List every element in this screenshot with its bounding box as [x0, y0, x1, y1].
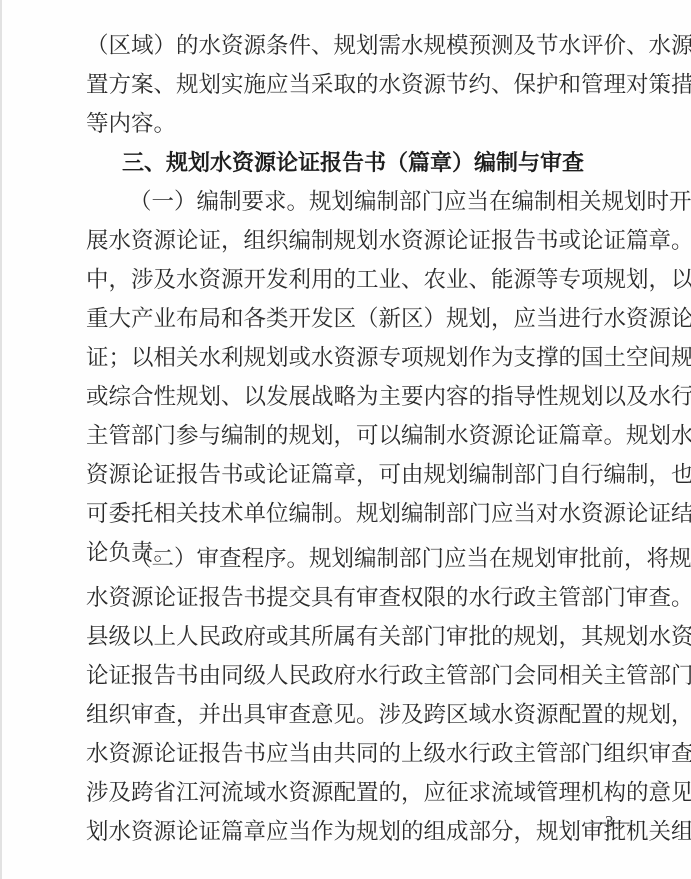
document-page: （区域）的水资源条件、规划需水规模预测及节水评价、水源配 置方案、规划实施应当采… — [0, 0, 691, 879]
paragraph-2-line: 县级以上人民政府或其所属有关部门审批的规划，其规划水资源 — [86, 618, 618, 657]
paragraph-1-line: 中，涉及水资源开发利用的工业、农业、能源等专项规划，以及 — [86, 261, 618, 300]
text-line: 置方案、规划实施应当采取的水资源节约、保护和管理对策措施 — [86, 66, 618, 105]
paragraph-2-line: 划水资源论证篇章应当作为规划的组成部分，规划审批机关组织 — [86, 813, 618, 852]
paragraph-2-line: 水资源论证报告书提交具有审查权限的水行政主管部门审查。由 — [86, 579, 618, 618]
paragraph-1-line: 可委托相关技术单位编制。规划编制部门应当对水资源论证结 — [86, 495, 618, 534]
paragraph-1-line: 展水资源论证，组织编制规划水资源论证报告书或论证篇章。其 — [86, 222, 618, 261]
section-heading: 三、规划水资源论证报告书（篇章）编制与审查 — [122, 144, 584, 183]
paragraph-1-line: 或综合性规划、以发展战略为主要内容的指导性规划以及水行政 — [86, 378, 618, 417]
text-line: （区域）的水资源条件、规划需水规模预测及节水评价、水源配 — [86, 27, 618, 66]
paragraph-2-line: 涉及跨省江河流域水资源配置的，应征求流域管理机构的意见。规 — [86, 774, 618, 813]
paragraph-1-line: 资源论证报告书或论证篇章，可由规划编制部门自行编制，也 — [86, 456, 618, 495]
paragraph-2-line: 组织审查，并出具审查意见。涉及跨区域水资源配置的规划，其 — [86, 696, 618, 735]
text-line: 等内容。 — [86, 105, 618, 144]
paragraph-1-line: 重大产业布局和各类开发区（新区）规划，应当进行水资源论 — [86, 300, 618, 339]
paragraph-1-line: 证；以相关水利规划或水资源专项规划作为支撑的国土空间规划 — [86, 339, 618, 378]
paragraph-1-line: （一）编制要求。规划编制部门应当在编制相关规划时开 — [129, 183, 618, 222]
paragraph-2-line: （二）审查程序。规划编制部门应当在规划审批前，将规划 — [129, 540, 618, 579]
paragraph-2-line: 论证报告书由同级人民政府水行政主管部门会同相关主管部门 — [86, 657, 618, 696]
paragraph-1-line: 主管部门参与编制的规划，可以编制水资源论证篇章。规划水 — [86, 417, 618, 456]
paragraph-2-line: 水资源论证报告书应当由共同的上级水行政主管部门组织审查。对 — [86, 735, 618, 774]
